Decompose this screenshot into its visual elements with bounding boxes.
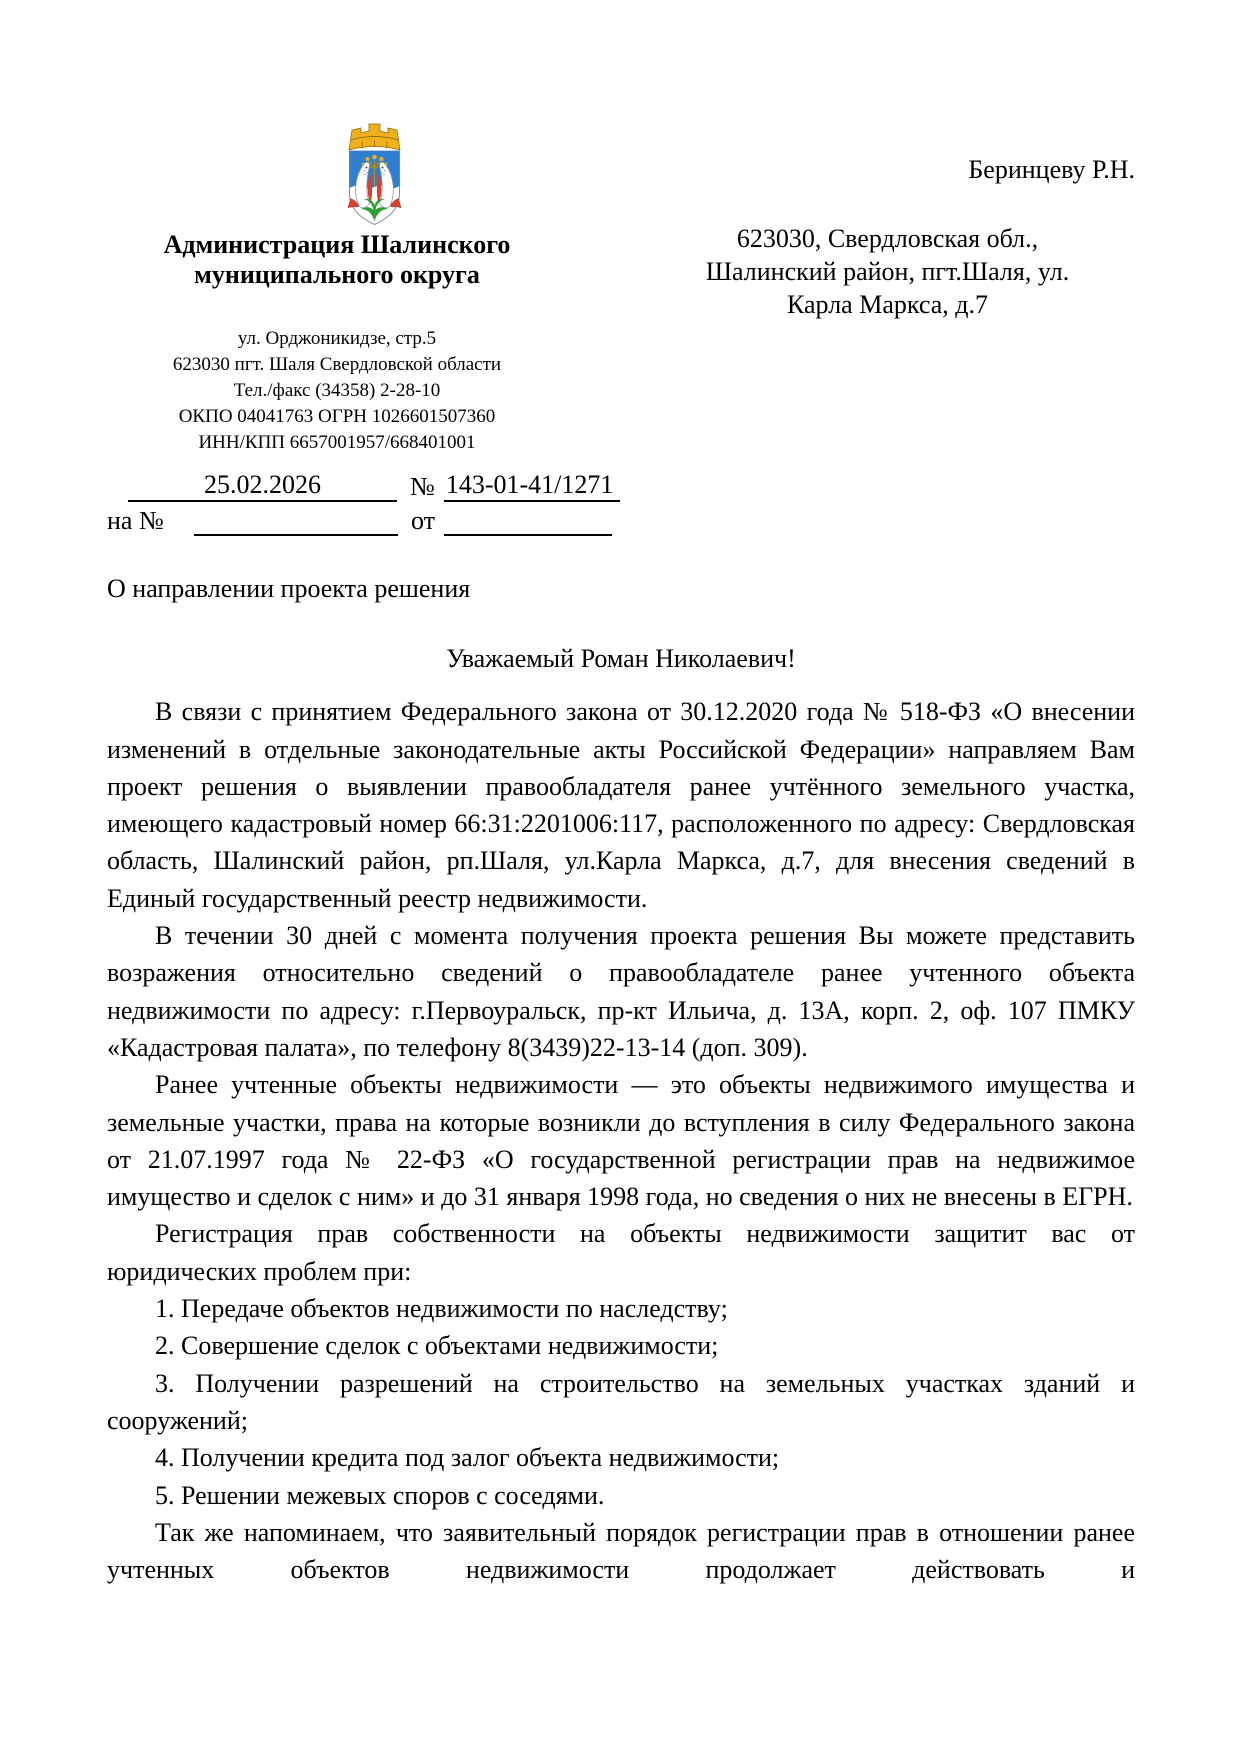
reply-date-field — [444, 534, 612, 536]
subject-line: О направлении проекта решения — [107, 570, 907, 607]
list-item-1: 1. Передаче объектов недвижимости по нас… — [107, 1290, 1135, 1327]
paragraph-registration-benefits: Регистрация прав собственности на объект… — [107, 1215, 1135, 1290]
recipient-address-line2: Шалинский район, пгт.Шаля, ул. — [640, 255, 1135, 288]
letterhead-street: ул. Орджоникидзе, стр.5 — [107, 326, 567, 352]
letter-page: Администрация Шалинского муниципального … — [0, 0, 1241, 1754]
letterhead-details: ул. Орджоникидзе, стр.5 623030 пгт. Шаля… — [107, 326, 567, 456]
salutation: Уважаемый Роман Николаевич! — [107, 640, 1135, 677]
recipient-address: 623030, Свердловская обл., Шалинский рай… — [640, 222, 1135, 321]
reply-number-field — [194, 534, 398, 536]
recipient-address-line1: 623030, Свердловская обл., — [640, 222, 1135, 255]
list-item-5: 5. Решении межевых споров с соседями. — [107, 1477, 1135, 1514]
paragraph-definition: Ранее учтенные объекты недвижимости — эт… — [107, 1066, 1135, 1215]
paragraph-intro: В связи с принятием Федерального закона … — [107, 693, 1135, 917]
from-label: от — [411, 506, 435, 536]
reference-row-date: 25.02.2026 № 143-01-41/1271 — [107, 470, 1135, 502]
organization-name: Администрация Шалинского муниципального … — [107, 230, 567, 290]
letter-body: Уважаемый Роман Николаевич! В связи с пр… — [107, 640, 1135, 1588]
shalya-coat-of-arms-icon — [342, 122, 407, 227]
number-sign: № — [410, 472, 435, 502]
letterhead-city: 623030 пгт. Шаля Свердловской области — [107, 352, 567, 378]
recipient-address-line3: Карла Маркса, д.7 — [640, 288, 1135, 321]
mural-crown-icon — [349, 124, 400, 150]
list-item-4: 4. Получении кредита под залог объекта н… — [107, 1439, 1135, 1476]
letterhead-okpo-ogrn: ОКПО 04041763 ОГРН 1026601507360 — [107, 404, 567, 430]
recipient-name: Беринцеву Р.Н. — [640, 153, 1135, 186]
letterhead-inn-kpp: ИНН/КПП 6657001957/668401001 — [107, 430, 567, 456]
letter-date-field: 25.02.2026 — [128, 470, 397, 502]
letter-number-field: 143-01-41/1271 — [444, 470, 620, 502]
letterhead-phone: Тел./факс (34358) 2-28-10 — [107, 378, 567, 404]
organization-name-line2: муниципального округа — [107, 260, 567, 290]
list-item-2: 2. Совершение сделок с объектами недвижи… — [107, 1327, 1135, 1364]
reference-row-reply: на № от — [107, 506, 1135, 536]
paragraph-closing: Так же напоминаем, что заявительный поря… — [107, 1514, 1135, 1589]
reply-to-label: на № — [107, 506, 165, 536]
organization-name-line1: Администрация Шалинского — [107, 230, 567, 260]
list-item-3: 3. Получении разрешений на строительство… — [107, 1365, 1135, 1440]
paragraph-objections: В течении 30 дней с момента получения пр… — [107, 917, 1135, 1066]
